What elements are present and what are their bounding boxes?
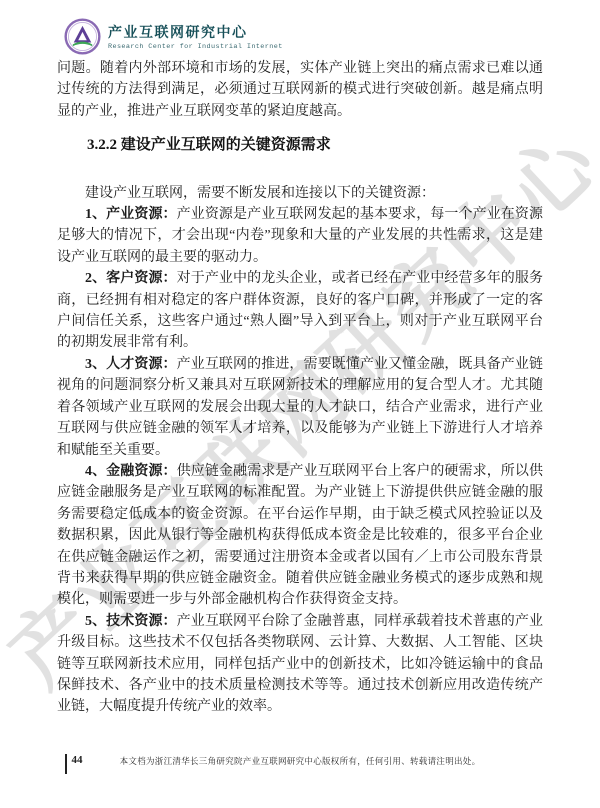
org-name-cn: 产业互联网研究中心 (108, 22, 283, 42)
resource-item-1-label: 1、产业资源： (85, 207, 177, 222)
page-number-block: 44 (65, 754, 83, 774)
footer-copyright: 本文档为浙江清华长三角研究院产业互联网研究中心版权所有，任何引用、转载请注明出处… (100, 755, 500, 767)
resource-item-3-label: 3、人才资源： (85, 357, 177, 372)
page-number-divider (65, 754, 67, 774)
page-number: 44 (72, 754, 83, 766)
resource-item-2-label: 2、客户资源： (85, 271, 177, 286)
resource-item-2: 2、客户资源：对于产业中的龙头企业，或者已经在产业中经营多年的服务商，已经拥有相… (57, 268, 543, 354)
org-name-block: 产业互联网研究中心 Research Center for Industrial… (108, 22, 283, 51)
paragraph-continuation: 问题。随着内外部环境和市场的发展，实体产业链上突出的痛点需求已难以通过传统的方法… (57, 58, 543, 122)
resource-item-4: 4、金融资源：供应链金融需求是产业互联网平台上客户的硬需求，所以供应链金融服务是… (57, 461, 543, 611)
resource-item-5-label: 5、技术资源： (85, 614, 177, 629)
document-page: 产业互联网研究中心 产业互联网研究中心 Research Center for … (0, 0, 600, 808)
page-footer: 44 本文档为浙江清华长三角研究院产业互联网研究中心版权所有，任何引用、转载请注… (0, 752, 600, 782)
section-heading: 3.2.2 建设产业互联网的关键资源需求 (57, 135, 543, 156)
page-body: 问题。随着内外部环境和市场的发展，实体产业链上突出的痛点需求已难以通过传统的方法… (57, 58, 543, 718)
resource-item-3: 3、人才资源：产业互联网的推进，需要既懂产业又懂金融，既具备产业链视角的问题洞察… (57, 354, 543, 461)
page-header: 产业互联网研究中心 Research Center for Industrial… (64, 18, 283, 55)
org-logo-icon (64, 18, 101, 55)
resource-item-4-text: 供应链金融需求是产业互联网平台上客户的硬需求，所以供应链金融服务是产业互联网的标… (57, 464, 543, 607)
resource-item-1: 1、产业资源：产业资源是产业互联网发起的基本要求，每一个产业在资源足够大的情况下… (57, 204, 543, 268)
resource-item-4-label: 4、金融资源： (85, 464, 177, 479)
resource-item-5: 5、技术资源：产业互联网平台除了金融普惠，同样承载着技术普惠的产业升级目标。这些… (57, 611, 543, 718)
org-name-en: Research Center for Industrial Internet (108, 43, 283, 51)
paragraph-intro: 建设产业互联网，需要不断发展和连接以下的关键资源： (57, 183, 543, 204)
